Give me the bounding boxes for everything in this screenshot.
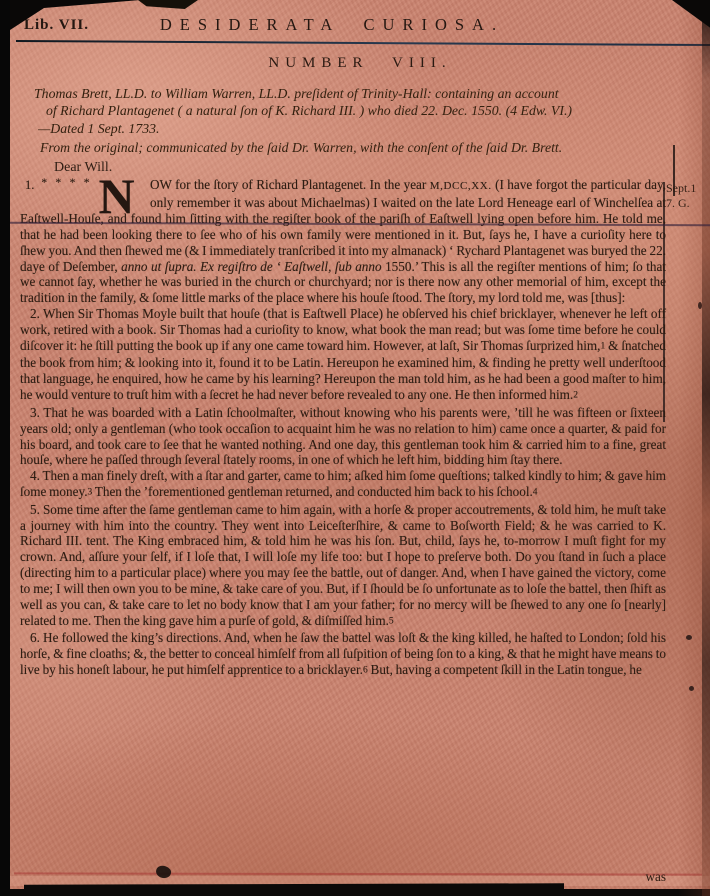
- letter-body: 1. * * * * N OW for the ſtory of Richard…: [20, 177, 666, 680]
- text-run: anno ut ſupra. Ex regiſtro de ‘ Eaſtwell…: [121, 259, 381, 274]
- catchword: was: [645, 869, 666, 885]
- paragraph: 3. That he was boarded with a Latin ſcho…: [20, 405, 666, 469]
- paragraph: 2. When Sir Thomas Moyle built that houſ…: [20, 306, 666, 404]
- paragraph: 1. * * * * N OW for the ſtory of Richard…: [20, 177, 666, 306]
- headnote-line: of Richard Plantagenet ( a natural ſon o…: [34, 102, 698, 119]
- top-edge-notch: [138, 0, 198, 9]
- headnote-line: —Dated 1 Sept. 1733.: [34, 120, 698, 137]
- page-title: DESIDERATA CURIOSA.: [10, 15, 682, 35]
- paragraph: 5. Some time after the ſame gentleman ca…: [20, 502, 666, 631]
- bottom-scan-bar: [10, 889, 710, 896]
- text-run: 3. That he was boarded with a Latin ſcho…: [20, 405, 666, 468]
- text-run: But, having a competent ſkill in the Lat…: [368, 662, 642, 677]
- number-heading: NUMBER VIII.: [10, 55, 710, 72]
- paragraph-number: 1.: [20, 177, 34, 194]
- text-run: 5. Some time after the ſame gentleman ca…: [20, 502, 666, 628]
- text-run: Then the ’forementioned gentleman return…: [92, 484, 533, 499]
- header-rule: [16, 40, 710, 46]
- paragraph-lead: 1. * * * * N: [20, 177, 150, 208]
- headnote: Thomas Brett, LL.D. to William Warren, L…: [34, 85, 698, 137]
- drop-cap: N: [99, 177, 135, 215]
- headnote-line: Thomas Brett, LL.D. to William Warren, L…: [34, 85, 698, 102]
- paragraph: 6. He followed the king’s directions. An…: [20, 630, 666, 679]
- text-run: 2. When Sir Thomas Moyle built that houſ…: [20, 306, 666, 353]
- text-run: OW for the ſtory of Richard Plantagenet.…: [150, 177, 430, 192]
- text-run: 2: [573, 391, 578, 401]
- text-run: 4: [533, 488, 538, 498]
- provenance-note: From the original; communicated by the ſ…: [40, 140, 680, 156]
- paragraph: 4. Then a man finely dreſt, with a ſtar …: [20, 468, 666, 501]
- text-run: M,DCC,XX.: [430, 180, 492, 192]
- right-edge-shadow: [702, 0, 710, 896]
- section-asterisks: * * * *: [34, 176, 97, 192]
- page: Lib. VII. DESIDERATA CURIOSA. NUMBER VII…: [10, 0, 710, 896]
- text-run: 5: [389, 616, 394, 626]
- scan-background: { "palette": { "scan_background": "#0707…: [0, 0, 710, 896]
